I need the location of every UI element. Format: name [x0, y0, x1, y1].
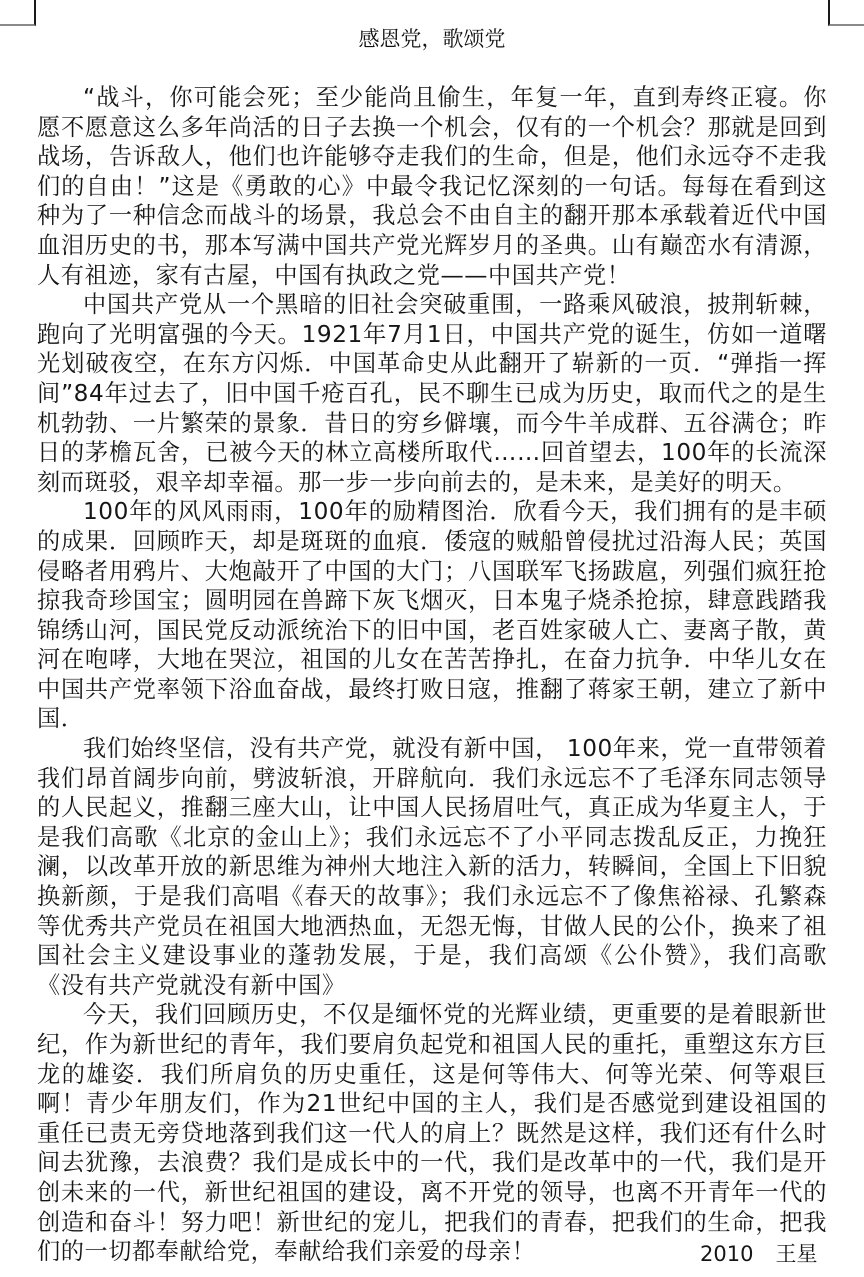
document-title: 感恩党，歌颂党: [0, 24, 864, 54]
document-body: “战斗，你可能会死；至少能尚且偷生，年复一年，直到寿终正寝。你愿不愿意这么多年尚…: [37, 83, 827, 1267]
signature: 2010王星: [700, 1240, 817, 1268]
paragraph-1: “战斗，你可能会死；至少能尚且偷生，年复一年，直到寿终正寝。你愿不愿意这么多年尚…: [37, 83, 827, 290]
paragraph-4: 我们始终坚信，没有共产党，就没有新中国， 100年来，党一直带领着我们昂首阔步向…: [37, 734, 827, 1000]
signature-year: 2010: [700, 1242, 753, 1266]
paragraph-2: 中国共产党从一个黑暗的旧社会突破重围，一路乘风破浪，披荆斩棘，跑向了光明富强的今…: [37, 290, 827, 497]
crop-mark-top-left: [0, 0, 36, 26]
crop-mark-top-right: [828, 0, 864, 26]
paragraph-5: 今天，我们回顾历史，不仅是缅怀党的光辉业绩，更重要的是着眼新世纪，作为新世纪的青…: [37, 1000, 827, 1266]
signature-author: 王星: [775, 1242, 817, 1266]
paragraph-3: 100年的风风雨雨，100年的励精图治．欣看今天，我们拥有的是丰硕的成果．回顾昨…: [37, 497, 827, 734]
